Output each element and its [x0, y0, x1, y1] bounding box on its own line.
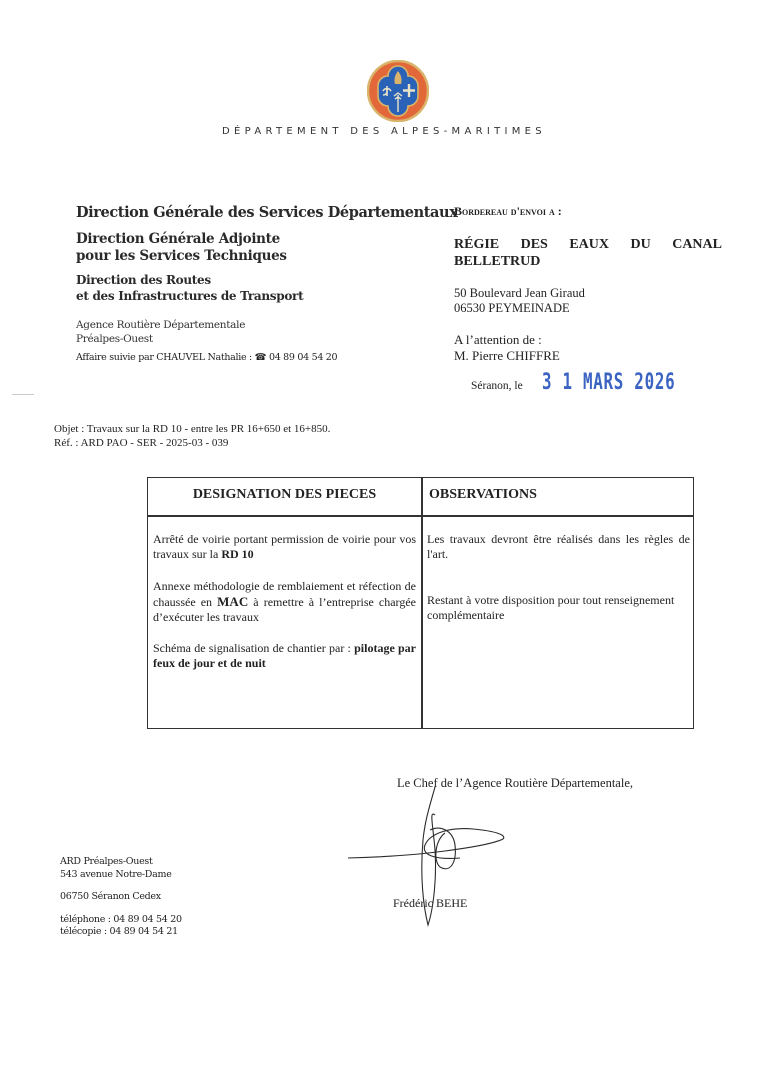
agency-name: Agence Routière Départementale Préalpes-…	[76, 318, 245, 346]
date-stamp: 3 1 MARS 2026	[542, 370, 675, 395]
header-designation: DESIGNATION DES PIECES	[148, 487, 421, 503]
direction-adjointe-line2: pour les Services Techniques	[76, 248, 287, 265]
affaire-phone: 04 89 04 54 20	[269, 352, 337, 363]
footer-line1: ARD Préalpes-Ouest	[60, 856, 182, 869]
footer-telecopie: télécopie : 04 89 04 54 21	[60, 926, 182, 939]
attention-name: M. Pierre CHIFFRE	[454, 348, 560, 364]
header-observations: OBSERVATIONS	[429, 487, 537, 503]
recipient-name-line2: BELLETRUD	[454, 253, 722, 270]
agency-line2: Préalpes-Ouest	[76, 332, 245, 346]
piece-item: Annexe méthodologie de remblaiement et r…	[153, 579, 416, 625]
subject-reference: Réf. : ARD PAO - SER - 2025-03 - 039	[54, 437, 330, 451]
recipient-word: DES	[521, 236, 548, 253]
pieces-table: DESIGNATION DES PIECES OBSERVATIONS Arrê…	[147, 477, 694, 729]
footer-address: ARD Préalpes-Ouest 543 avenue Notre-Dame…	[60, 856, 182, 939]
recipient-address: 50 Boulevard Jean Giraud 06530 PEYMEINAD…	[454, 286, 585, 316]
piece-item: Schéma de signalisation de chantier par …	[153, 641, 416, 671]
footer-telephone: téléphone : 04 89 04 54 20	[60, 914, 182, 927]
direction-routes-line1: Direction des Routes	[76, 272, 303, 288]
attention-label: A l’attention de :	[454, 332, 560, 348]
direction-routes-heading: Direction des Routes et des Infrastructu…	[76, 272, 303, 304]
alpes-maritimes-coat-of-arms-icon	[367, 60, 429, 122]
piece-bold: RD 10	[221, 547, 253, 561]
affaire-suivie: Affaire suivie par CHAUVEL Nathalie : ☎ …	[76, 352, 337, 363]
recipient-name: RÉGIE DES EAUX DU CANAL BELLETRUD	[454, 236, 722, 270]
piece-item: Arrêté de voirie portant permission de v…	[153, 532, 416, 562]
fold-mark	[12, 394, 34, 395]
bordereau-label: Bordereau d'envoi a :	[454, 204, 562, 219]
recipient-word: RÉGIE	[454, 236, 499, 253]
subject-objet: Objet : Travaux sur la RD 10 - entre les…	[54, 423, 330, 437]
recipient-word: CANAL	[672, 236, 722, 253]
dateline-place: Séranon, le	[471, 380, 523, 392]
footer-line2: 543 avenue Notre-Dame	[60, 869, 182, 882]
observation-item: Les travaux devront être réalisés dans l…	[427, 532, 690, 562]
department-name: DÉPARTEMENT DES ALPES-MARITIMES	[0, 126, 768, 137]
piece-text: Schéma de signalisation de chantier par …	[153, 641, 354, 655]
affaire-label: Affaire suivie par CHAUVEL Nathalie :	[76, 352, 252, 363]
telephone-icon: ☎	[255, 352, 267, 363]
direction-generale-heading: Direction Générale des Services Départem…	[76, 204, 457, 221]
recipient-word: DU	[630, 236, 650, 253]
recipient-name-line1: RÉGIE DES EAUX DU CANAL	[454, 236, 722, 253]
handwritten-signature-icon	[345, 785, 515, 930]
footer-line3: 06750 Séranon Cedex	[60, 891, 182, 904]
agency-line1: Agence Routière Départementale	[76, 318, 245, 332]
piece-bold: MAC	[217, 594, 248, 609]
direction-routes-line2: et des Infrastructures de Transport	[76, 288, 303, 304]
attention-block: A l’attention de : M. Pierre CHIFFRE	[454, 332, 560, 364]
recipient-word: EAUX	[569, 236, 609, 253]
subject-block: Objet : Travaux sur la RD 10 - entre les…	[54, 423, 330, 450]
direction-adjointe-line1: Direction Générale Adjointe	[76, 231, 287, 248]
header-divider	[148, 515, 693, 517]
direction-adjointe-heading: Direction Générale Adjointe pour les Ser…	[76, 231, 287, 265]
address-line2: 06530 PEYMEINADE	[454, 301, 585, 316]
piece-text: Arrêté de voirie portant permission de v…	[153, 532, 416, 561]
observation-item: Restant à votre disposition pour tout re…	[427, 593, 690, 623]
address-line1: 50 Boulevard Jean Giraud	[454, 286, 585, 301]
